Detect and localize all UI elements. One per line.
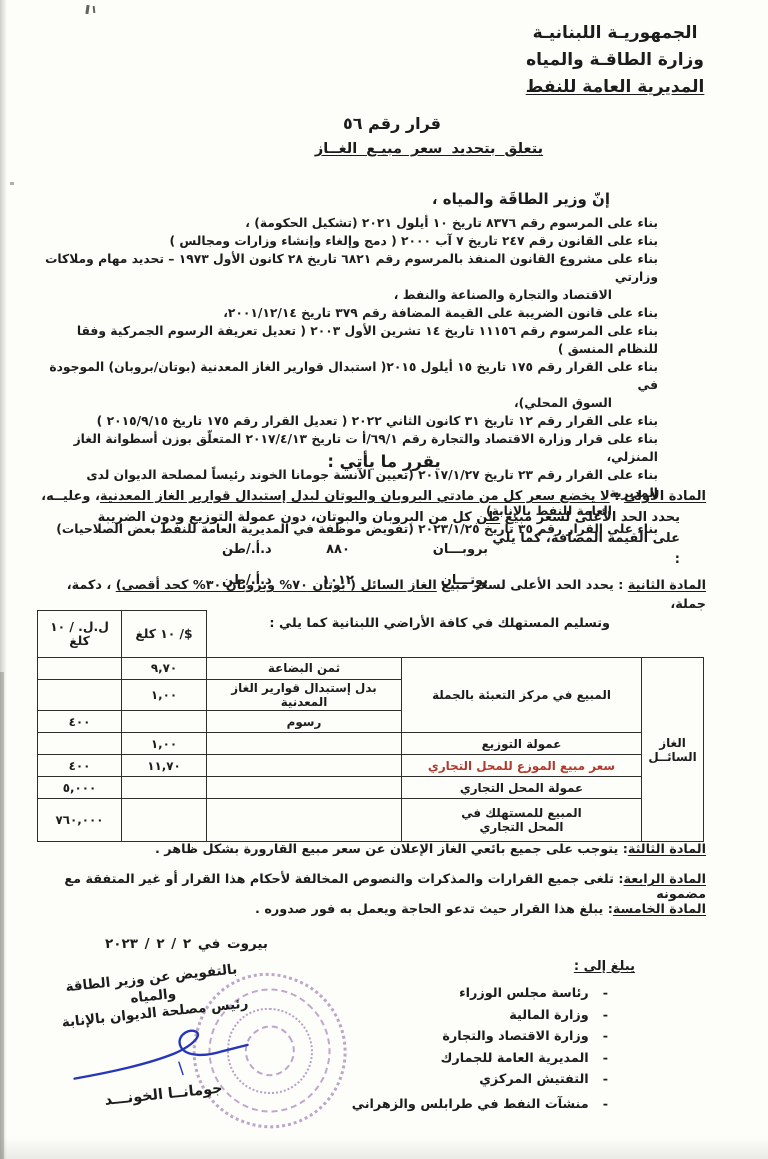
distribution-item: وزارة المالية xyxy=(352,1005,608,1027)
row-label: عمولة المحل التجاري xyxy=(402,777,642,799)
row-lbp: ٤٠٠ xyxy=(38,755,122,777)
row-usd xyxy=(122,777,207,799)
product-name: بروبـــان xyxy=(384,539,488,560)
distribution-item: رئاسة مجلس الوزراء xyxy=(352,983,608,1005)
article-5: المادة الخامسة: يبلغ هذا القرار حيث تدعو… xyxy=(38,902,706,917)
row-lbp xyxy=(38,658,122,680)
distribution-title: يبلغ إلى : xyxy=(574,959,635,974)
lbp-column-header: ل.ل. / ١٠ كلغ xyxy=(38,611,122,658)
table-row: الغازالسائــل المبيع في مركز التعبئة بال… xyxy=(38,658,704,680)
row-usd: ١١,٧٠ xyxy=(122,755,207,777)
table-row: المبيع للمستهلك في المحل التجاري ٧٦٠,٠٠٠ xyxy=(38,799,704,842)
scan-edge-shadow-lower xyxy=(0,672,4,1159)
article-2-line-1: المادة الثانية : يحدد الحد الأعلى لسعر م… xyxy=(38,576,706,614)
row-label: عمولة التوزيع xyxy=(402,733,642,755)
preamble-line: بناء على قانون الضريبة على القيمة المضاف… xyxy=(38,304,658,322)
row-label-distributor-price: سعر مبيع الموزع للمحل التجاري xyxy=(402,755,642,777)
table-header-row: $/ ١٠ كلغ ل.ل. / ١٠ كلغ xyxy=(38,611,704,658)
article-1-line-1: المادة الأولى : لا يخضع سعر كل من مادتي … xyxy=(38,486,706,507)
preamble-line: بناء على القرار رقم ١٧٥ تاريخ ١٥ أيلول ٢… xyxy=(38,358,658,394)
row-lbp xyxy=(38,733,122,755)
table-row: عمولة التوزيع ١,٠٠ xyxy=(38,733,704,755)
row-usd: ١,٠٠ xyxy=(122,680,207,711)
decree-subject: يتعلق بتحديد سعر مبيـع الغــاز xyxy=(0,141,768,157)
preamble-line-continuation: السوق المحلي)، xyxy=(38,394,658,412)
distribution-item: المديرية العامة للجمارك xyxy=(352,1048,608,1070)
row-lbp: ٥,٠٠٠ xyxy=(38,777,122,799)
signature-block: بالتفويض عن وزير الطاقة والمياه رئيس مصل… xyxy=(49,960,267,1115)
scanned-decree-document: الجمهوريـة اللبنانيـة وزارة الطاقـة والم… xyxy=(0,0,768,1159)
preamble-line: بناء على القانون رقم ٢٤٧ تاريخ ٧ آب ٢٠٠٠… xyxy=(38,232,658,250)
table-row: سعر مبيع الموزع للمحل التجاري ١١,٧٠ ٤٠٠ xyxy=(38,755,704,777)
row-usd xyxy=(122,711,207,733)
preamble-line-continuation: الاقتصاد والتجارة والصناعة والنفط ، xyxy=(38,286,658,304)
row-lbp: ٧٦٠,٠٠٠ xyxy=(38,799,122,842)
resolution-heading: يقرر ما يأتي : xyxy=(0,452,768,471)
row-desc: ثمن البضاعة xyxy=(207,658,402,680)
preamble-line: بناء على القرار رقم ١٢ تاريخ ٣١ كانون ال… xyxy=(38,412,658,430)
product-price: ٨٨٠ xyxy=(292,539,384,560)
row-lbp xyxy=(38,680,122,711)
distribution-list: رئاسة مجلس الوزراء وزارة المالية وزارة ا… xyxy=(352,983,608,1115)
scan-speck xyxy=(10,182,14,185)
article-4: المادة الرابعة: تلغى جميع القرارات والمذ… xyxy=(38,872,706,902)
row-desc: رسوم xyxy=(207,711,402,733)
price-row-propane: على القيمة المضافة، كما يلي : بروبـــان … xyxy=(38,528,706,570)
preamble-line: بناء على المرسوم رقم ١١١٥٦ تاريخ ١٤ تشري… xyxy=(38,322,658,358)
row-lbp: ٤٠٠ xyxy=(38,711,122,733)
decree-number: ٥٦ xyxy=(343,114,363,133)
gas-price-table: $/ ١٠ كلغ ل.ل. / ١٠ كلغ الغازالسائــل ال… xyxy=(37,610,704,842)
letterhead-ministry: وزارة الطاقـة والمياه xyxy=(488,47,742,74)
decree-title: قرار رقم ٥٦ xyxy=(0,114,768,133)
letterhead: الجمهوريـة اللبنانيـة وزارة الطاقـة والم… xyxy=(488,20,742,101)
decree-label: قرار رقم xyxy=(368,114,441,133)
table-row: عمولة المحل التجاري ٥,٠٠٠ xyxy=(38,777,704,799)
article-5-label: المادة الخامسة xyxy=(613,902,706,917)
usd-column-header: $/ ١٠ كلغ xyxy=(122,611,207,658)
article-1-label: المادة الأولى xyxy=(624,489,706,504)
article-1-line-2: يحدد الحد الأعلى لسعر مبيع طن كل من البر… xyxy=(38,507,706,528)
article-2-label: المادة الثانية xyxy=(628,578,706,593)
scan-speck xyxy=(85,5,89,14)
article-3-label: المادة الثالثة xyxy=(628,842,706,857)
row-desc: بدل إستبدال قوارير الغاز المعدنية xyxy=(207,680,402,711)
distribution-item: التفتيش المركزي xyxy=(352,1069,608,1091)
preamble-line: بناء على المرسوم رقم ٨٣٧٦ تاريخ ١٠ أيلول… xyxy=(38,214,658,232)
preamble-line: بناء على مشروع القانون المنفذ بالمرسوم ر… xyxy=(38,250,658,286)
product-unit: د.أ./طن xyxy=(222,539,292,560)
row-usd xyxy=(122,799,207,842)
letterhead-directorate: المديرية العامة للنفط xyxy=(488,74,742,101)
group-label-filling-center: المبيع في مركز التعبئة بالجملة xyxy=(402,658,642,733)
article-3: المادة الثالثة: يتوجب على جميع بائعي الغ… xyxy=(38,842,706,857)
preamble-intro: إنّ وزير الطاقَة والمياه ، xyxy=(432,190,610,208)
scan-speck xyxy=(93,6,96,13)
article-4-label: المادة الرابعة xyxy=(624,872,706,887)
date-place-line: بيروت في ٢ / ٢ / ٢٠٢٣ xyxy=(105,936,268,952)
letterhead-republic: الجمهوريـة اللبنانيـة xyxy=(488,20,742,47)
distribution-item: منشآت النفط في طرابلس والزهراني xyxy=(352,1094,608,1116)
side-label-liquid-gas: الغازالسائــل xyxy=(642,658,704,842)
row-usd: ١,٠٠ xyxy=(122,733,207,755)
row-label: المبيع للمستهلك في المحل التجاري xyxy=(402,799,642,842)
scan-bottom-shadow xyxy=(0,1137,768,1159)
document-footer: بيروت في ٢ / ٢ / ٢٠٢٣ يبلغ إلى : رئاسة م… xyxy=(0,928,768,1159)
row-usd: ٩,٧٠ xyxy=(122,658,207,680)
distribution-item: وزارة الاقتصاد والتجارة xyxy=(352,1026,608,1048)
